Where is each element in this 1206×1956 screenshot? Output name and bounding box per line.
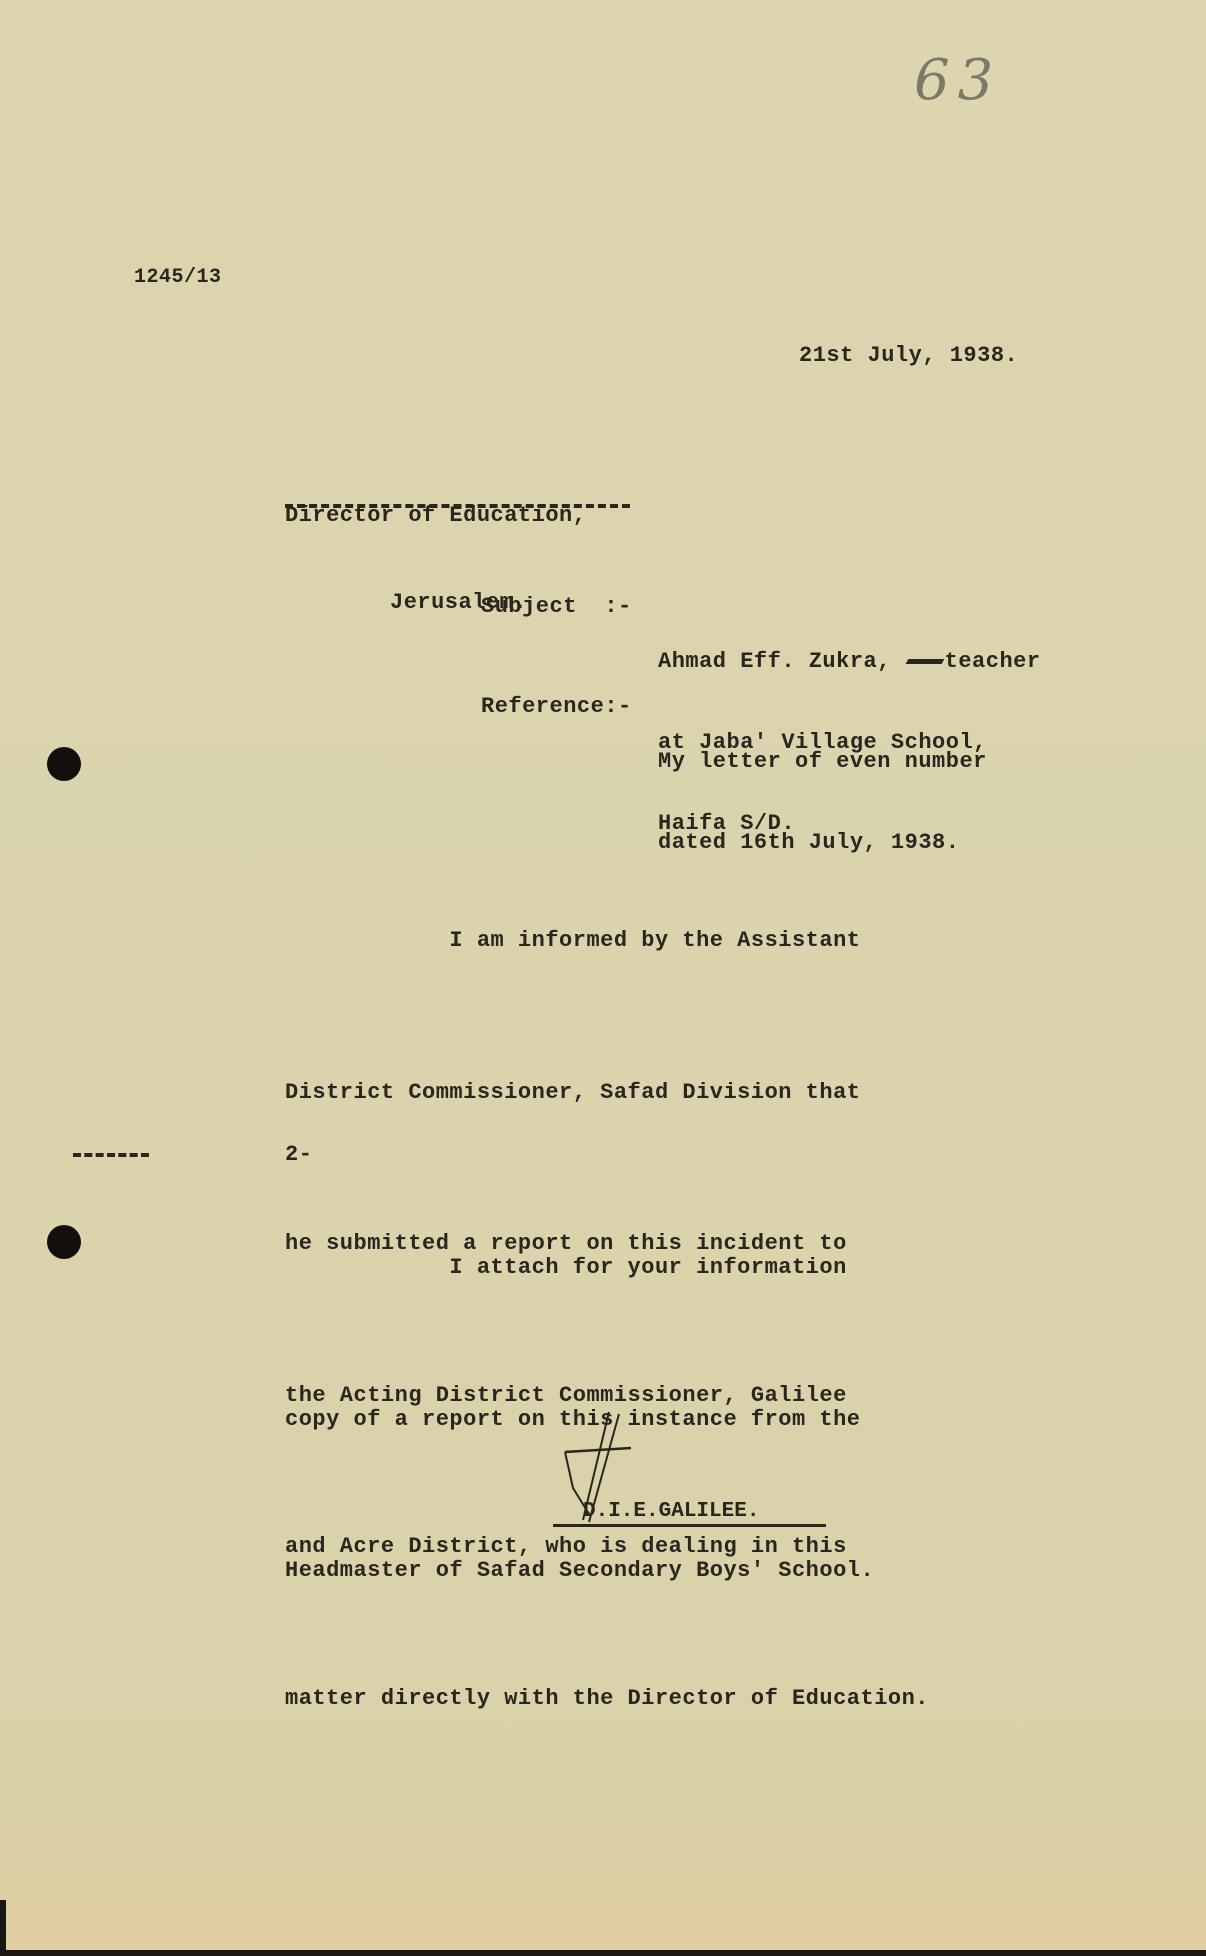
reference-line-1: My letter of even number [658,748,987,775]
paragraph-2-line: Headmaster of Safad Secondary Boys' Scho… [285,1546,874,1597]
paragraph-2-line: I attach for your information [285,1243,874,1294]
paper-discoloration [0,1836,1206,1956]
punch-hole-bottom [47,1225,81,1259]
signatory-title: D.I.E.GALILEE. [583,1500,759,1523]
subject-label: Subject :- [481,594,632,619]
punch-hole-top [47,747,81,781]
signature-underline [553,1524,826,1527]
subject-name: Ahmad Eff. Zukra, [658,649,905,674]
paragraph-1-line: I am informed by the Assistant [285,916,929,967]
letter-date: 21st July, 1938. [799,343,1018,368]
subject-role: teacher [945,649,1041,674]
scan-edge [0,1950,1206,1956]
margin-mark [73,1153,149,1157]
subject-line-1: Ahmad Eff. Zukra, teacher [658,648,1041,675]
file-reference: 1245/13 [134,266,222,289]
letter-page: 63 1245/13 21st July, 1938. Director of … [0,0,1206,1956]
folio-number: 63 [914,48,1001,113]
struck-out-text [905,655,945,667]
reference-label: Reference:- [481,694,632,719]
addressee-block: Director of Education, Jerusalem. [285,443,586,675]
addressee-underline [285,504,630,508]
signature-block: D.I.E.GALILEE. [553,1410,833,1530]
paragraph-1-line: District Commissioner, Safad Division th… [285,1068,929,1119]
scan-edge-left [0,1900,6,1956]
